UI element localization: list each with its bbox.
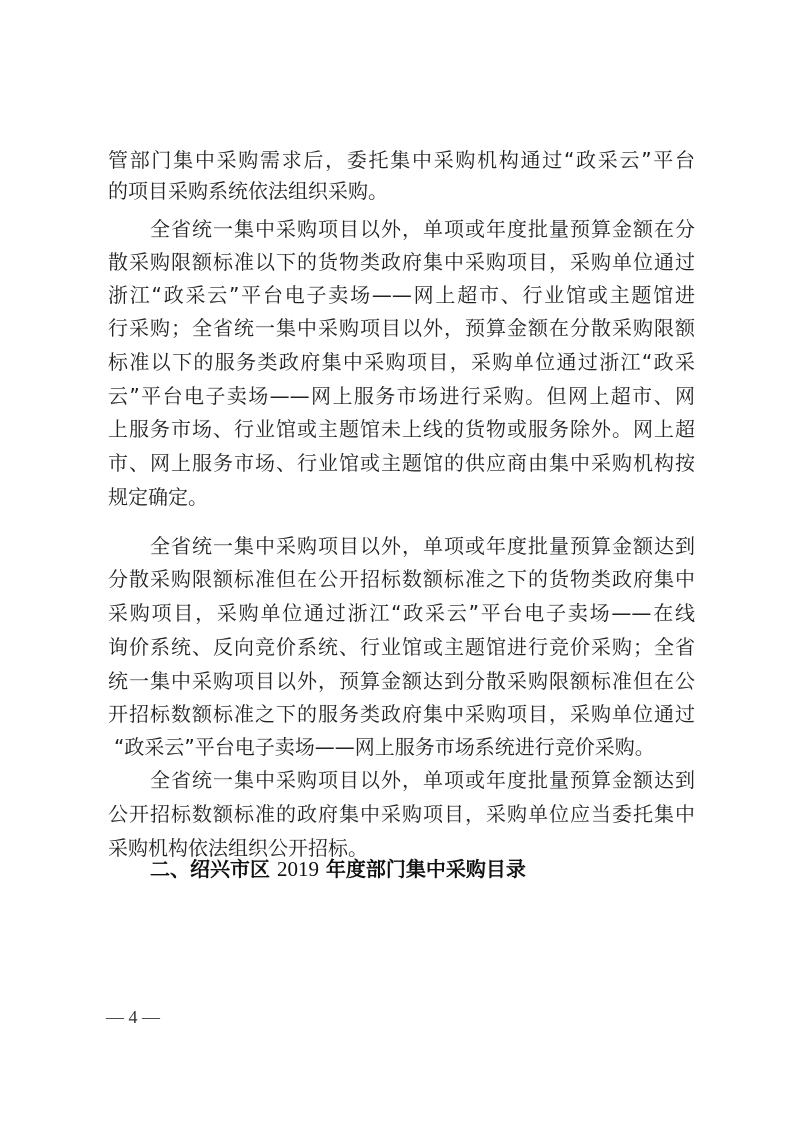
paragraph-1-line-2: 的项目采购系统依法组织采购。: [108, 176, 695, 206]
paragraph-3-line-1: 全省统一集中采购项目以外，单项或年度批量预算金额达到: [150, 531, 695, 561]
section-heading-year: 2019: [277, 857, 319, 881]
paragraph-2-line-3: 浙江“政采云”平台电子卖场——网上超市、行业馆或主题馆进: [108, 280, 695, 310]
document-page: 管部门集中采购需求后，委托集中采购机构通过“政采云”平台 的项目采购系统依法组织…: [0, 0, 794, 1122]
paragraph-2-line-4: 行采购；全省统一集中采购项目以外，预算金额在分散采购限额: [108, 313, 695, 343]
paragraph-2-line-2: 散采购限额标准以下的货物类政府集中采购项目，采购单位通过: [108, 247, 695, 277]
paragraph-4-line-2: 公开招标数额标准的政府集中采购项目，采购单位应当委托集中: [108, 799, 695, 829]
paragraph-3-line-4: 询价系统、反向竞价系统、行业馆或主题馆进行竞价采购；全省: [108, 632, 695, 662]
paragraph-1-line-1: 管部门集中采购需求后，委托集中采购机构通过“政采云”平台: [108, 145, 695, 175]
paragraph-3-line-7: “政采云”平台电子卖场——网上服务市场系统进行竞价采购。: [114, 732, 701, 762]
paragraph-3-line-3: 采购项目，采购单位通过浙江“政采云”平台电子卖场——在线: [108, 598, 695, 628]
paragraph-2-line-8: 市、网上服务市场、行业馆或主题馆的供应商由集中采购机构按: [108, 448, 695, 478]
paragraph-2-line-6: 云”平台电子卖场——网上服务市场进行采购。但网上超市、网: [108, 381, 695, 411]
section-heading: 二、绍兴市区 2019 年度部门集中采购目录: [150, 854, 526, 884]
page-number: — 4 —: [106, 1004, 160, 1030]
section-heading-prefix: 二、绍兴市区: [150, 857, 277, 881]
paragraph-3-line-6: 开招标数额标准之下的服务类政府集中采购项目，采购单位通过: [108, 699, 695, 729]
paragraph-2-line-1: 全省统一集中采购项目以外，单项或年度批量预算金额在分: [150, 214, 695, 244]
paragraph-4-line-1: 全省统一集中采购项目以外，单项或年度批量预算金额达到: [150, 765, 695, 795]
section-heading-suffix: 年度部门集中采购目录: [319, 857, 526, 881]
paragraph-3-line-2: 分散采购限额标准但在公开招标数额标准之下的货物类政府集中: [108, 564, 695, 594]
paragraph-2-line-9: 规定确定。: [108, 482, 695, 512]
paragraph-3-line-5: 统一集中采购项目以外，预算金额达到分散采购限额标准但在公: [108, 666, 695, 696]
paragraph-2-line-7: 上服务市场、行业馆或主题馆未上线的货物或服务除外。网上超: [108, 414, 695, 444]
paragraph-2-line-5: 标准以下的服务类政府集中采购项目，采购单位通过浙江“政采: [108, 347, 695, 377]
